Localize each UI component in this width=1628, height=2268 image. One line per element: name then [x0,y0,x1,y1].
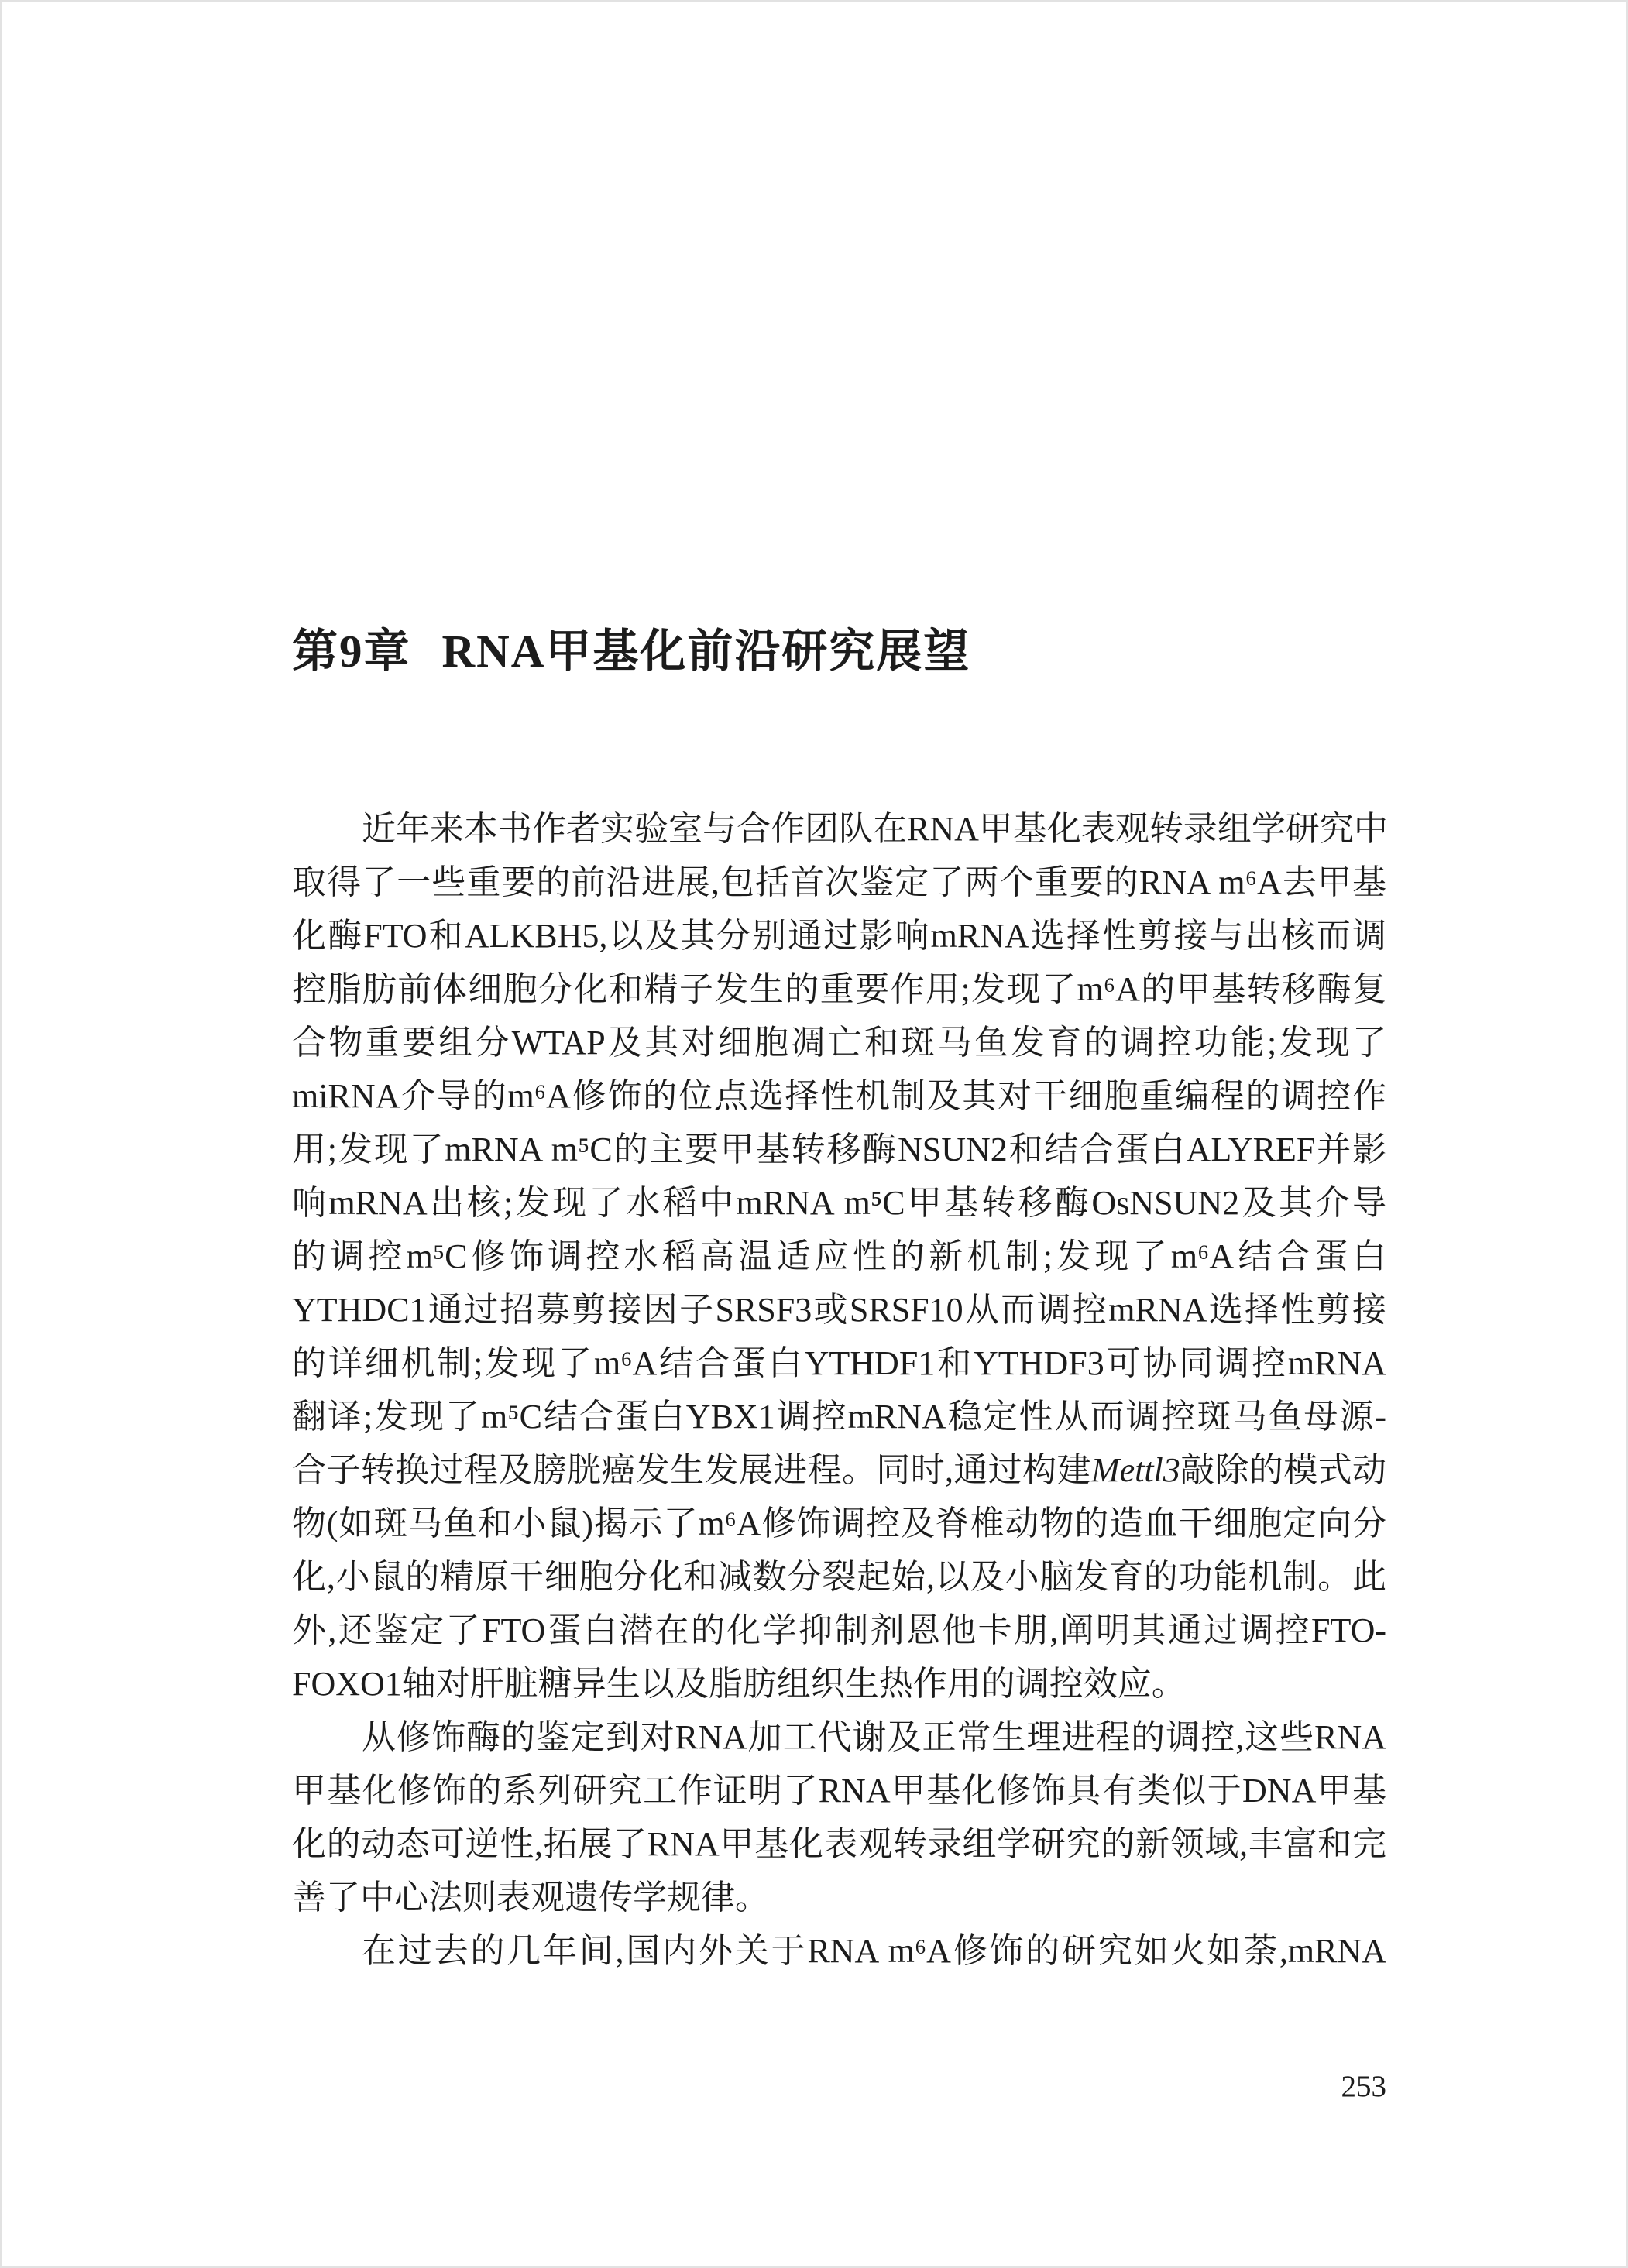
text-line: 的调控m⁵C修饰调控水稻高温适应性的新机制;发现了m⁶A结合蛋白 [292,1230,1386,1283]
text-line: 用;发现了mRNA m⁵C的主要甲基转移酶NSUN2和结合蛋白ALYREF并影 [292,1123,1386,1176]
gene-name-mettl3: Mettl3 [1091,1451,1180,1489]
book-page: 第9章RNA甲基化前沿研究展望 近年来本书作者实验室与合作团队在RNA甲基化表观… [0,0,1628,2268]
text-line: 取得了一些重要的前沿进展,包括首次鉴定了两个重要的RNA m⁶A去甲基 [292,856,1386,909]
text-line: FOXO1轴对肝脏糖异生以及脂肪组织生热作用的调控效应。 [292,1657,1386,1710]
text-line: 合子转换过程及膀胱癌发生发展进程。同时,通过构建Mettl3敲除的模式动 [292,1443,1386,1497]
text-line: 翻译;发现了m⁵C结合蛋白YBX1调控mRNA稳定性从而调控斑马鱼母源- [292,1390,1386,1443]
text-line: 合物重要组分WTAP及其对细胞凋亡和斑马鱼发育的调控功能;发现了 [292,1016,1386,1069]
text-line: 控脂肪前体细胞分化和精子发生的重要作用;发现了m⁶A的甲基转移酶复 [292,962,1386,1016]
text-line: miRNA介导的m⁶A修饰的位点选择性机制及其对干细胞重编程的调控作 [292,1069,1386,1123]
text-line: 近年来本书作者实验室与合作团队在RNA甲基化表观转录组学研究中 [292,802,1386,856]
text-segment: 敲除的模式动 [1180,1451,1386,1489]
text-line: 的详细机制;发现了m⁶A结合蛋白YTHDF1和YTHDF3可协同调控mRNA [292,1336,1386,1390]
text-line: 在过去的几年间,国内外关于RNA m⁶A修饰的研究如火如荼,mRNA [292,1924,1386,1978]
paragraph-3: 在过去的几年间,国内外关于RNA m⁶A修饰的研究如火如荼,mRNA [292,1924,1386,1978]
paragraph-1: 近年来本书作者实验室与合作团队在RNA甲基化表观转录组学研究中 取得了一些重要的… [292,802,1386,1710]
text-line: 善了中心法则表观遗传学规律。 [292,1871,1386,1924]
text-line: 外,还鉴定了FTO蛋白潜在的化学抑制剂恩他卡朋,阐明其通过调控FTO- [292,1604,1386,1657]
page-number: 253 [292,2069,1386,2105]
text-line: 从修饰酶的鉴定到对RNA加工代谢及正常生理进程的调控,这些RNA [292,1710,1386,1764]
text-line: 化,小鼠的精原干细胞分化和减数分裂起始,以及小脑发育的功能机制。此 [292,1550,1386,1604]
paragraph-2: 从修饰酶的鉴定到对RNA加工代谢及正常生理进程的调控,这些RNA 甲基化修饰的系… [292,1710,1386,1924]
text-line: YTHDC1通过招募剪接因子SRSF3或SRSF10从而调控mRNA选择性剪接 [292,1283,1386,1336]
text-line: 响mRNA出核;发现了水稻中mRNA m⁵C甲基转移酶OsNSUN2及其介导 [292,1176,1386,1230]
text-line: 化的动态可逆性,拓展了RNA甲基化表观转录组学研究的新领域,丰富和完 [292,1817,1386,1871]
body-text: 近年来本书作者实验室与合作团队在RNA甲基化表观转录组学研究中 取得了一些重要的… [292,802,1386,1978]
text-line: 化酶FTO和ALKBH5,以及其分别通过影响mRNA选择性剪接与出核而调 [292,909,1386,962]
text-segment: 合子转换过程及膀胱癌发生发展进程。同时,通过构建 [292,1451,1091,1489]
chapter-number: 第9章 [292,626,411,677]
text-line: 物(如斑马鱼和小鼠)揭示了m⁶A修饰调控及脊椎动物的造血干细胞定向分 [292,1497,1386,1550]
chapter-title: 第9章RNA甲基化前沿研究展望 [292,614,970,680]
text-line: 甲基化修饰的系列研究工作证明了RNA甲基化修饰具有类似于DNA甲基 [292,1764,1386,1817]
chapter-title-text: RNA甲基化前沿研究展望 [442,626,971,677]
